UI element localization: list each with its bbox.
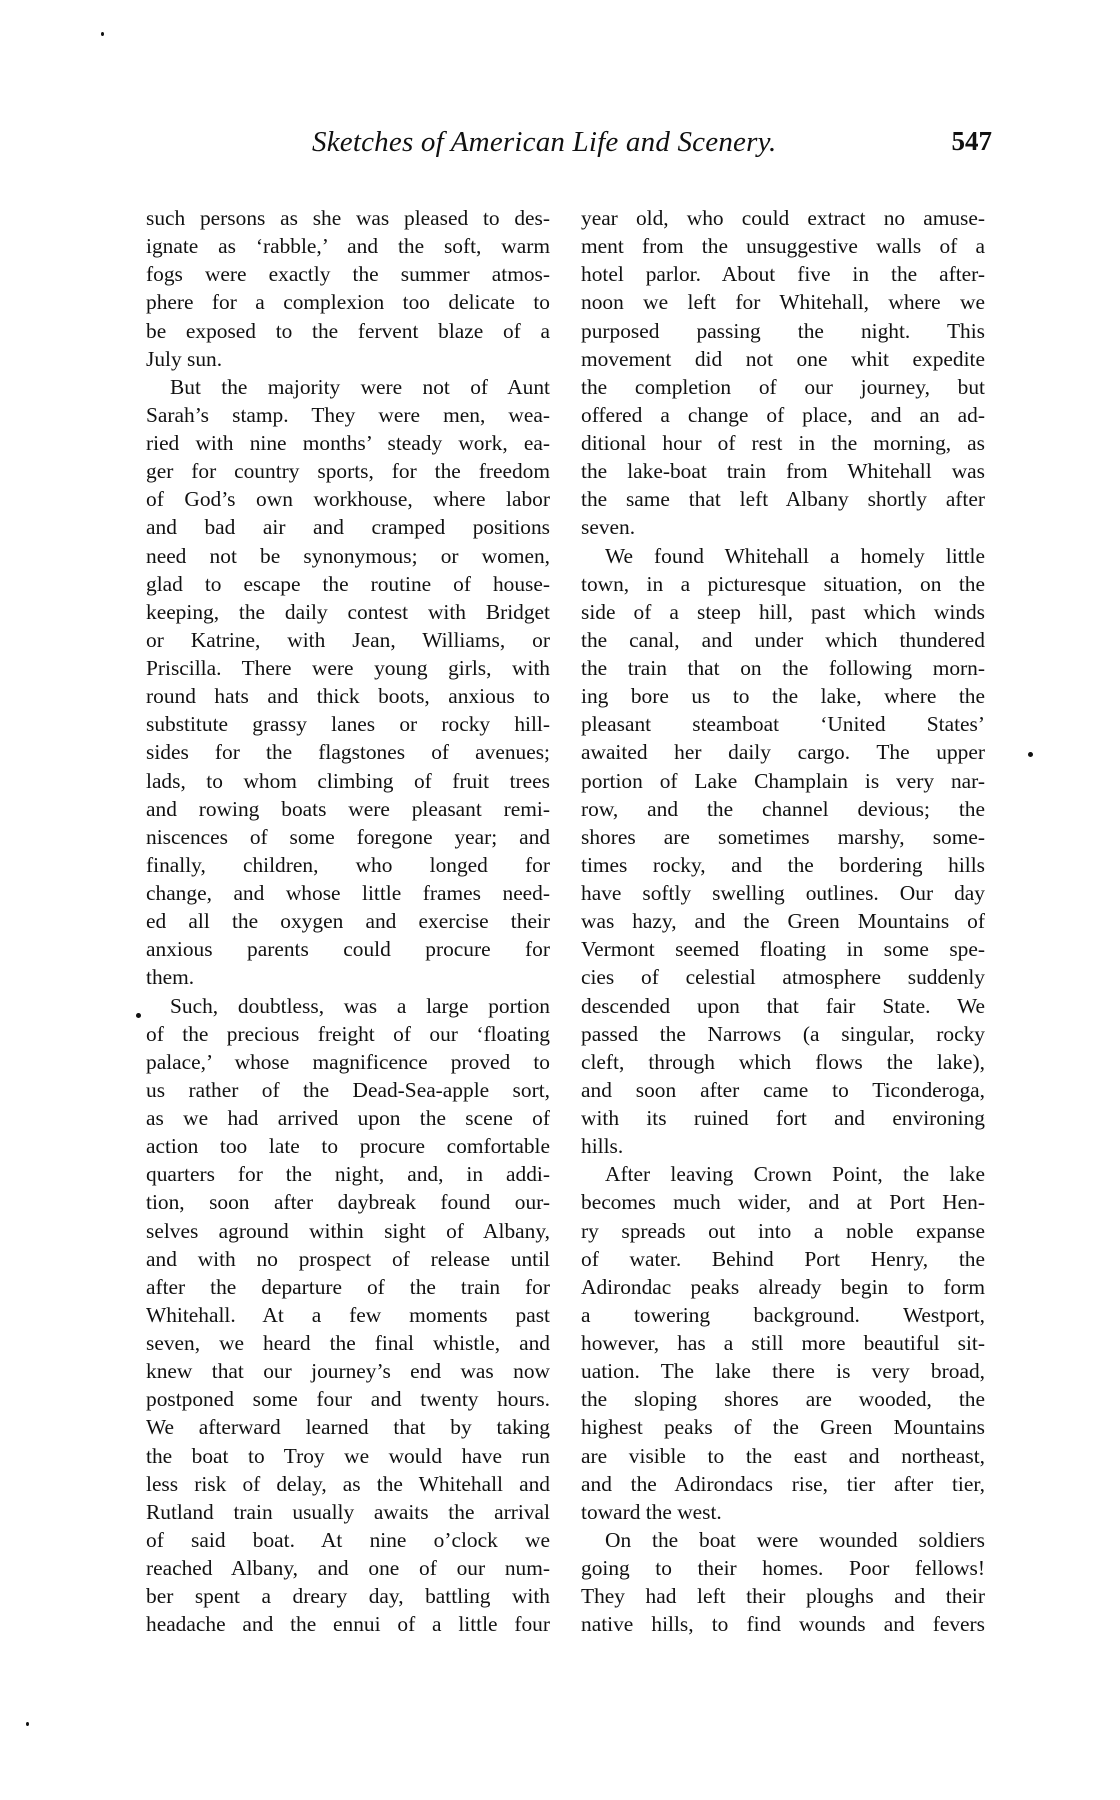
text-line: tion, soon after daybreak found our-	[146, 1188, 550, 1216]
text-line: hills.	[581, 1132, 985, 1160]
text-line: such persons as she was pleased to des-	[146, 204, 550, 232]
text-line: ing bore us to the lake, where the	[581, 682, 985, 710]
scan-speck	[136, 1013, 141, 1018]
text-line: and rowing boats were pleasant remi-	[146, 795, 550, 823]
text-line: and bad air and cramped positions	[146, 513, 550, 541]
text-line: sides for the flagstones of avenues;	[146, 738, 550, 766]
text-line: portion of Lake Champlain is very nar-	[581, 767, 985, 795]
text-line: Such, doubtless, was a large portion	[146, 992, 550, 1020]
text-line: July sun.	[146, 345, 550, 373]
text-line: action too late to procure comfortable	[146, 1132, 550, 1160]
text-line: them.	[146, 963, 550, 991]
text-line: awaited her daily cargo. The upper	[581, 738, 985, 766]
text-line: need not be synonymous; or women,	[146, 542, 550, 570]
right-column: year old, who could extract no amuse-men…	[581, 204, 985, 1638]
text-line: We afterward learned that by taking	[146, 1413, 550, 1441]
text-line: quarters for the night, and, in addi-	[146, 1160, 550, 1188]
text-line: headache and the ennui of a little four	[146, 1610, 550, 1638]
text-line: noon we left for Whitehall, where we	[581, 288, 985, 316]
text-line: cies of celestial atmosphere suddenly	[581, 963, 985, 991]
text-line: postponed some four and twenty hours.	[146, 1385, 550, 1413]
text-line: the boat to Troy we would have run	[146, 1442, 550, 1470]
text-line: lads, to whom climbing of fruit trees	[146, 767, 550, 795]
text-line: fogs were exactly the summer atmos-	[146, 260, 550, 288]
text-line: less risk of delay, as the Whitehall and	[146, 1470, 550, 1498]
text-line: seven.	[581, 513, 985, 541]
text-line: Priscilla. There were young girls, with	[146, 654, 550, 682]
text-line: purposed passing the night. This	[581, 317, 985, 345]
scan-speck	[1028, 752, 1033, 757]
text-line: offered a change of place, and an ad-	[581, 401, 985, 429]
text-line: ment from the unsuggestive walls of a	[581, 232, 985, 260]
text-line: ger for country sports, for the freedom	[146, 457, 550, 485]
text-line: ber spent a dreary day, battling with	[146, 1582, 550, 1610]
running-title: Sketches of American Life and Scenery.	[312, 126, 777, 159]
text-line: and soon after came to Ticonderoga,	[581, 1076, 985, 1104]
text-line: of said boat. At nine o’clock we	[146, 1526, 550, 1554]
text-line: niscences of some foregone year; and	[146, 823, 550, 851]
text-line: Sarah’s stamp. They were men, wea-	[146, 401, 550, 429]
text-line: of water. Behind Port Henry, the	[581, 1245, 985, 1273]
text-line: ditional hour of rest in the morning, as	[581, 429, 985, 457]
text-line: palace,’ whose magnificence proved to	[146, 1048, 550, 1076]
text-line: ignate as ‘rabble,’ and the soft, warm	[146, 232, 550, 260]
text-line: But the majority were not of Aunt	[146, 373, 550, 401]
text-line: Whitehall. At a few moments past	[146, 1301, 550, 1329]
text-line: ed all the oxygen and exercise their	[146, 907, 550, 935]
text-line: anxious parents could procure for	[146, 935, 550, 963]
text-line: descended upon that fair State. We	[581, 992, 985, 1020]
text-line: round hats and thick boots, anxious to	[146, 682, 550, 710]
text-line: the completion of our journey, but	[581, 373, 985, 401]
left-column: such persons as she was pleased to des-i…	[146, 204, 550, 1638]
text-line: seven, we heard the final whistle, and	[146, 1329, 550, 1357]
text-line: have softly swelling outlines. Our day	[581, 879, 985, 907]
text-line: Rutland train usually awaits the arrival	[146, 1498, 550, 1526]
scan-speck	[101, 32, 104, 36]
text-line: substitute grassy lanes or rocky hill-	[146, 710, 550, 738]
text-line: the same that left Albany shortly after	[581, 485, 985, 513]
text-line: pleasant steamboat ‘United States’	[581, 710, 985, 738]
text-line: reached Albany, and one of our num-	[146, 1554, 550, 1582]
text-line: the sloping shores are wooded, the	[581, 1385, 985, 1413]
text-line: and the Adirondacs rise, tier after tier…	[581, 1470, 985, 1498]
text-line: the lake-boat train from Whitehall was	[581, 457, 985, 485]
text-line: with its ruined fort and environing	[581, 1104, 985, 1132]
text-line: us rather of the Dead-Sea-apple sort,	[146, 1076, 550, 1104]
text-line: shores are sometimes marshy, some-	[581, 823, 985, 851]
text-line: was hazy, and the Green Mountains of	[581, 907, 985, 935]
text-line: passed the Narrows (a singular, rocky	[581, 1020, 985, 1048]
text-line: ried with nine months’ steady work, ea-	[146, 429, 550, 457]
text-line: year old, who could extract no amuse-	[581, 204, 985, 232]
page-number: 547	[952, 126, 993, 157]
text-line: uation. The lake there is very broad,	[581, 1357, 985, 1385]
text-line: On the boat were wounded soldiers	[581, 1526, 985, 1554]
text-line: town, in a picturesque situation, on the	[581, 570, 985, 598]
text-line: hotel parlor. About five in the after-	[581, 260, 985, 288]
text-line: after the departure of the train for	[146, 1273, 550, 1301]
text-line: are visible to the east and northeast,	[581, 1442, 985, 1470]
text-line: a towering background. Westport,	[581, 1301, 985, 1329]
text-line: highest peaks of the Green Mountains	[581, 1413, 985, 1441]
text-line: movement did not one whit expedite	[581, 345, 985, 373]
text-line: Adirondac peaks already begin to form	[581, 1273, 985, 1301]
scan-speck	[26, 1722, 29, 1726]
text-line: and with no prospect of release until	[146, 1245, 550, 1273]
text-line: keeping, the daily contest with Bridget	[146, 598, 550, 626]
text-line: knew that our journey’s end was now	[146, 1357, 550, 1385]
text-line: the canal, and under which thundered	[581, 626, 985, 654]
running-header: Sketches of American Life and Scenery. 5…	[312, 126, 992, 166]
text-line: selves aground within sight of Albany,	[146, 1217, 550, 1245]
text-line: side of a steep hill, past which winds	[581, 598, 985, 626]
text-line: glad to escape the routine of house-	[146, 570, 550, 598]
text-line: going to their homes. Poor fellows!	[581, 1554, 985, 1582]
text-line: phere for a complexion too delicate to	[146, 288, 550, 316]
text-line: change, and whose little frames need-	[146, 879, 550, 907]
text-line: We found Whitehall a homely little	[581, 542, 985, 570]
text-line: row, and the channel devious; the	[581, 795, 985, 823]
text-line: as we had arrived upon the scene of	[146, 1104, 550, 1132]
text-line: cleft, through which flows the lake),	[581, 1048, 985, 1076]
text-line: of the precious freight of our ‘floating	[146, 1020, 550, 1048]
text-line: ry spreads out into a noble expanse	[581, 1217, 985, 1245]
text-line: Vermont seemed floating in some spe-	[581, 935, 985, 963]
text-line: the train that on the following morn-	[581, 654, 985, 682]
text-line: finally, children, who longed for	[146, 851, 550, 879]
text-line: becomes much wider, and at Port Hen-	[581, 1188, 985, 1216]
text-line: be exposed to the fervent blaze of a	[146, 317, 550, 345]
text-line: After leaving Crown Point, the lake	[581, 1160, 985, 1188]
text-line: toward the west.	[581, 1498, 985, 1526]
text-line: times rocky, and the bordering hills	[581, 851, 985, 879]
text-line: or Katrine, with Jean, Williams, or	[146, 626, 550, 654]
text-line: of God’s own workhouse, where labor	[146, 485, 550, 513]
text-line: native hills, to find wounds and fevers	[581, 1610, 985, 1638]
text-line: however, has a still more beautiful sit-	[581, 1329, 985, 1357]
text-line: They had left their ploughs and their	[581, 1582, 985, 1610]
